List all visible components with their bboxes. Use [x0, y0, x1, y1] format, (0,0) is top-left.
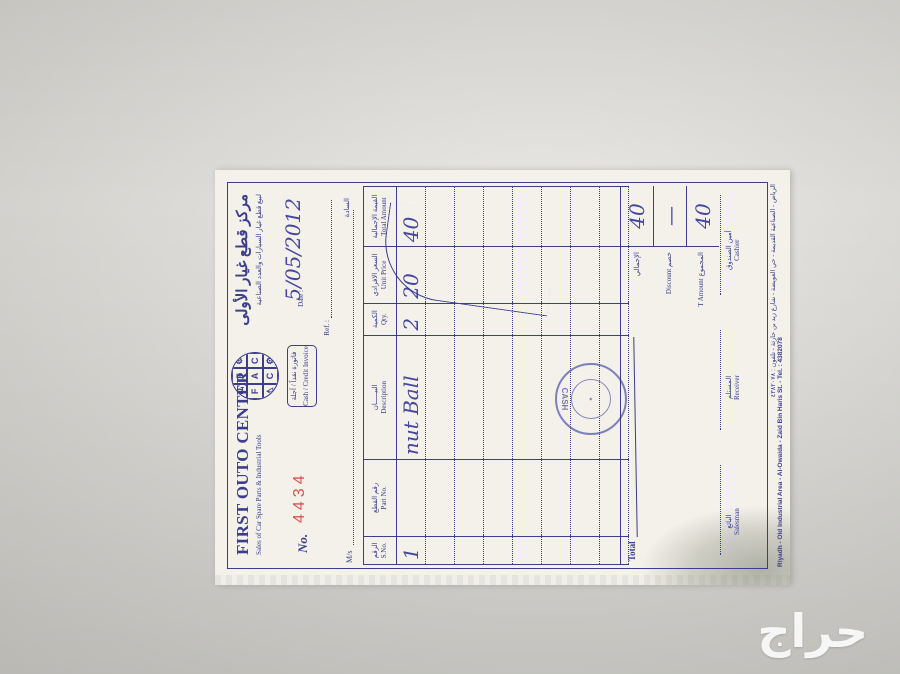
- col-sno: الرقمS.No.: [364, 536, 397, 564]
- company-tagline-en: Sales of Car Spare Parts & Industrial To…: [255, 434, 263, 555]
- invoice-type-ar: فاتورة نقداً / آجلة: [288, 346, 300, 406]
- col-label-en: Part No.: [380, 461, 389, 535]
- cell-description: [513, 335, 542, 460]
- discount-label-ar: خصم: [665, 252, 673, 267]
- logo-cell: C: [247, 353, 262, 368]
- cell-part-no: [426, 460, 455, 537]
- cell-sn: [542, 536, 571, 564]
- cell-description: [484, 335, 513, 460]
- totals-box: 40 — 40: [621, 186, 719, 247]
- cashier-label-ar: أمين الصندوق: [725, 230, 733, 270]
- customer-field-line: [353, 210, 354, 545]
- col-label-ar: السعر الافرادي: [371, 248, 380, 302]
- net-amount-value: 40: [687, 186, 719, 246]
- discount-value: —: [654, 186, 687, 246]
- col-label-ar: الرقم: [371, 538, 380, 563]
- logo-cell: F: [247, 384, 262, 399]
- col-label-ar: القيمة الإجمالية: [371, 188, 380, 245]
- total-label: Total: [627, 541, 637, 561]
- cell-qty: 2: [397, 303, 426, 335]
- salesman-signature: البائع Salesman: [725, 508, 741, 535]
- company-tagline-ar: لبيع قطع غيار السيارات والعدد الصناعية: [255, 194, 263, 305]
- logo-cell: F: [232, 368, 247, 383]
- cell-sn: [571, 536, 600, 564]
- receiver-label-en: Receiver: [733, 375, 741, 400]
- date-value: 5/05/2012: [281, 198, 305, 301]
- cell-part-no: [397, 460, 426, 537]
- totals-section: Total الإجمالي Discount خصم T Amount الم…: [620, 186, 719, 565]
- logo-cell: A: [247, 368, 262, 383]
- col-label-en: Description: [380, 337, 389, 459]
- haraj-watermark: حراج: [757, 604, 868, 658]
- footer-address-ar: الرياض - الصناعية القديمة - حي العويضة -…: [769, 184, 777, 567]
- invoice-type-en: Cash / Credit Invoice: [300, 346, 312, 406]
- discount-label: Discount: [665, 269, 673, 294]
- customer-label: M/s: [345, 551, 354, 563]
- col-label-en: S.No.: [380, 538, 389, 563]
- cell-description: [426, 335, 455, 460]
- total-value: 40: [621, 186, 654, 246]
- cell-qty: [571, 303, 600, 335]
- cell-sn: [455, 536, 484, 564]
- invoice-type-box: فاتورة نقداً / آجلة Cash / Credit Invoic…: [287, 345, 317, 407]
- receiver-label-ar: المستلم: [725, 375, 733, 400]
- cashier-signature: أمين الصندوق Cashier: [725, 230, 741, 270]
- cell-part-no: [571, 460, 600, 537]
- stamp-emblem-icon: ✦: [571, 379, 611, 419]
- total-in-words-line: [633, 337, 637, 537]
- cell-sn: [426, 536, 455, 564]
- cell-part-no: [455, 460, 484, 537]
- cell-sn: [484, 536, 513, 564]
- cell-qty: [426, 303, 455, 335]
- invoice-footer: الرياض - الصناعية القديمة - حي العويضة -…: [769, 184, 784, 567]
- receiver-signature: المستلم Receiver: [725, 375, 741, 400]
- cell-description: [455, 335, 484, 460]
- salesman-signature-line: [720, 465, 721, 555]
- receiver-signature-line: [720, 330, 721, 430]
- cell-part-no: [484, 460, 513, 537]
- invoice-paper: FIRST OUTO CENTER Sales of Car Spare Par…: [215, 170, 790, 585]
- cell-sn: 1: [397, 536, 426, 564]
- cell-description: nut Ball: [397, 335, 426, 460]
- col-label-en: Qty.: [380, 305, 389, 334]
- logo-cell: C: [263, 368, 278, 383]
- col-part-no: رقم القطعPart No.: [364, 460, 397, 537]
- col-description: البيـــــانDescription: [364, 335, 397, 460]
- col-label-ar: البيـــــان: [371, 337, 380, 459]
- salesman-label-en: Salesman: [733, 508, 741, 535]
- cell-part-no: [513, 460, 542, 537]
- invoice-number-label: No.: [295, 534, 311, 553]
- total-label-ar: الإجمالي: [633, 252, 641, 276]
- col-label-ar: الكمية: [371, 305, 380, 334]
- net-amount-label-ar: المجموع: [697, 252, 705, 276]
- col-qty: الكميةQty.: [364, 303, 397, 335]
- col-label-ar: رقم القطع: [371, 461, 380, 535]
- cell-unit-price: [571, 247, 600, 304]
- company-stamp: CASH ✦: [555, 363, 627, 435]
- customer-label-ar: السادة: [343, 198, 351, 217]
- company-name-ar: مركز قطع غيار الأولى: [233, 194, 252, 326]
- cell-total: [571, 187, 600, 247]
- footer-address-en: Riyadh - Old Industrial Area - Al-Owaida…: [777, 184, 784, 567]
- cell-qty: [455, 303, 484, 335]
- cashier-label-en: Cashier: [733, 230, 741, 270]
- stamp-text: CASH: [560, 365, 569, 433]
- company-logo-icon: D F ⚙ F A C ⚠ C ⚙: [231, 352, 279, 400]
- invoice-number: 4434: [291, 471, 309, 523]
- salesman-label-ar: البائع: [725, 508, 733, 535]
- net-amount-label: T Amount: [697, 278, 705, 306]
- totals-labels: الإجمالي Discount خصم T Amount المجموع: [621, 252, 717, 307]
- cell-part-no: [542, 460, 571, 537]
- cashier-signature-line: [720, 195, 721, 295]
- ref-field-line: [331, 200, 332, 318]
- ref-label: Ref. :: [323, 320, 331, 336]
- cell-sn: [513, 536, 542, 564]
